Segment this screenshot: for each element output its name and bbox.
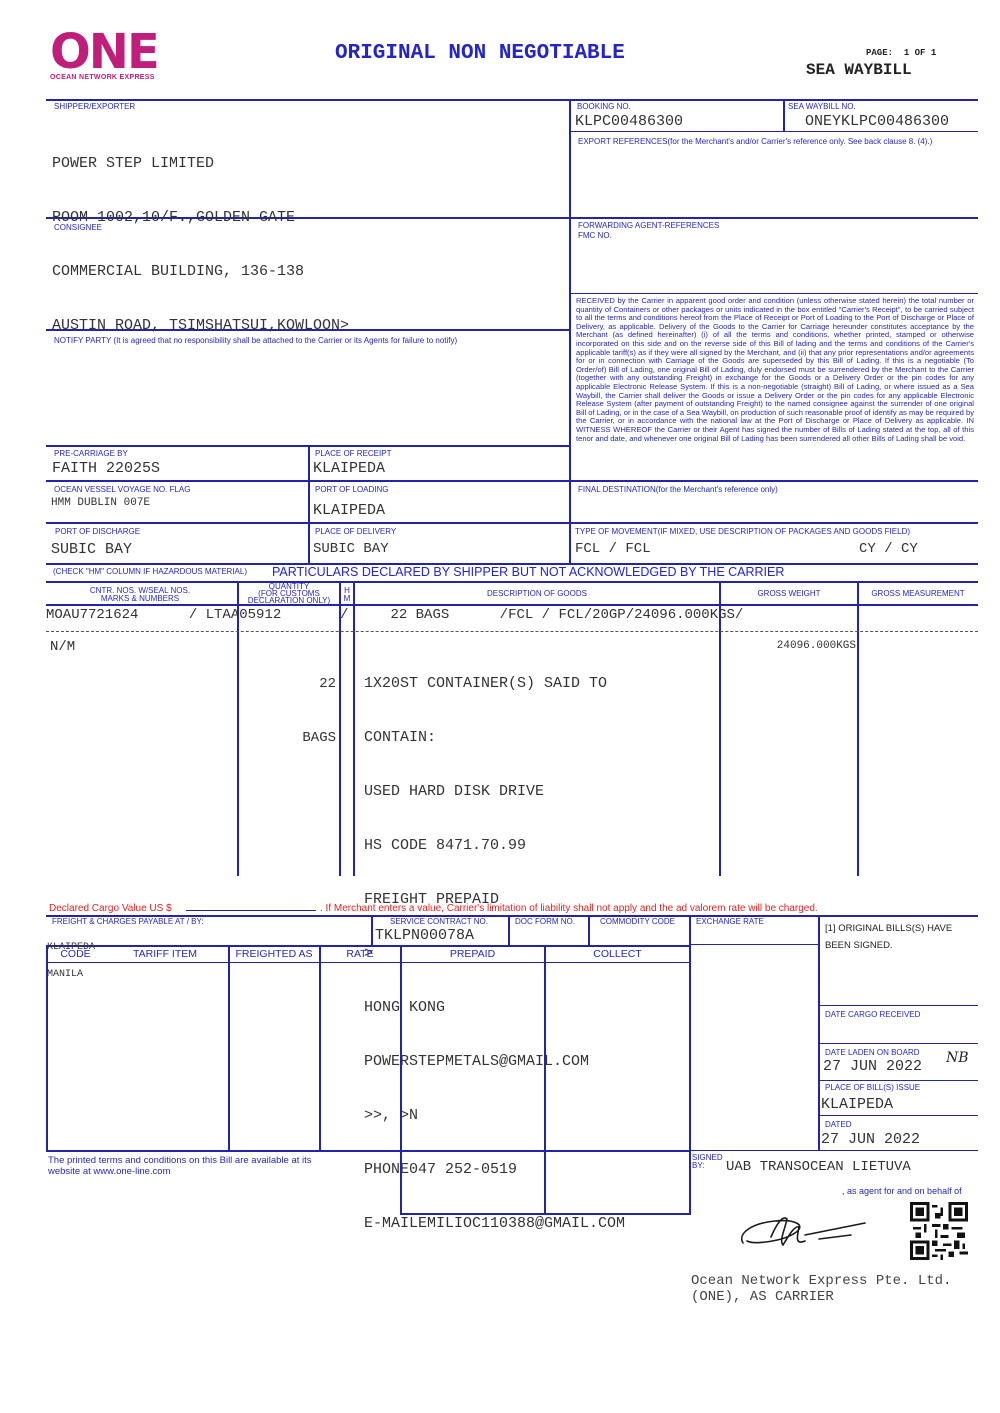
hm-header: HM — [341, 587, 353, 603]
quantity-value: 22 BAGS — [240, 639, 336, 765]
shipper-address: POWER STEP LIMITED ROOM 1002,10/F.,GOLDE… — [52, 119, 349, 353]
vessel-label: OCEAN VESSEL VOYAGE NO. FLAG — [54, 485, 190, 494]
declared-value-label: Declared Cargo Value US $ — [49, 903, 172, 914]
rule — [353, 582, 355, 876]
pre-carriage-value: FAITH 22025S — [52, 460, 160, 477]
agent-note: , as agent for and on behalf of — [842, 1186, 962, 1196]
col-code: CODE — [48, 948, 103, 960]
date-laden-label: DATE LADEN ON BOARD — [825, 1048, 920, 1057]
description-header: DESCRIPTION OF GOODS — [356, 590, 718, 598]
date-laden-value: 27 JUN 2022 — [823, 1058, 922, 1075]
initials-mark: NB — [946, 1050, 969, 1066]
gross-weight-header: GROSS WEIGHT — [722, 590, 856, 598]
doc-form-label: DOC FORM NO. — [515, 917, 575, 926]
description-line: HONG KONG — [364, 999, 625, 1017]
rule — [339, 582, 341, 876]
rule — [783, 99, 785, 131]
fmc-label: FMC NO. — [578, 231, 612, 240]
port-of-loading-label: PORT OF LOADING — [315, 485, 389, 494]
dated-label: DATED — [825, 1120, 852, 1129]
document-title: ORIGINAL NON NEGOTIABLE — [335, 42, 625, 65]
service-contract-value: TKLPN00078A — [375, 927, 474, 944]
rule — [588, 915, 590, 946]
rule — [46, 99, 978, 101]
description-line: USED HARD DISK DRIVE — [364, 783, 625, 801]
page-value: 1 OF 1 — [904, 48, 936, 58]
description-line: POWERSTEPMETALS@GMAIL.COM — [364, 1053, 625, 1071]
handwritten-signature — [735, 1205, 875, 1255]
description-line: CONTAIN: — [364, 729, 625, 747]
pre-carriage-label: PRE-CARRIAGE BY — [54, 449, 128, 458]
hazardous-note: (CHECK "HM" COLUMN IF HAZARDOUS MATERIAL… — [53, 567, 247, 576]
rule — [689, 915, 691, 1214]
rule — [46, 945, 691, 947]
port-of-loading-value: KLAIPEDA — [313, 502, 385, 519]
rule — [508, 915, 510, 946]
col-collect: COLLECT — [546, 948, 689, 960]
rule — [569, 99, 571, 565]
rule — [46, 581, 978, 583]
terms-website-note: The printed terms and conditions on this… — [48, 1155, 338, 1177]
gross-measurement-header: GROSS MEASUREMENT — [860, 590, 976, 598]
carrier-terms-text: RECEIVED by the Carrier in apparent good… — [576, 297, 974, 443]
description-line: E-MAILEMILIOC110388@GMAIL.COM — [364, 1215, 625, 1233]
waybill-number: ONEYKLPC00486300 — [805, 113, 949, 130]
waybill-label: SEA WAYBILL NO. — [788, 102, 856, 111]
rule — [237, 582, 239, 876]
port-of-discharge-label: PORT OF DISCHARGE — [55, 527, 140, 536]
exchange-rate-label: EXCHANGE RATE — [696, 917, 764, 926]
marks-header: CNTR. NOS. W/SEAL NOS.MARKS & NUMBERS — [60, 587, 220, 603]
rule — [46, 604, 978, 606]
page-indicator: PAGE: 1 OF 1 — [866, 48, 936, 58]
dashed-separator — [46, 631, 978, 632]
rule — [308, 445, 310, 565]
container-line: MOAU7721624 / LTAA05912 / 22 BAGS /FCL /… — [46, 607, 743, 623]
shipper-line: POWER STEP LIMITED — [52, 155, 349, 173]
rule — [46, 522, 978, 524]
movement-type-value: FCL / FCL — [575, 541, 651, 557]
dated-value: 27 JUN 2022 — [821, 1131, 920, 1148]
date-cargo-received-label: DATE CARGO RECEIVED — [825, 1010, 920, 1019]
place-of-issue-label: PLACE OF BILL(S) ISSUE — [825, 1083, 920, 1092]
rule — [857, 582, 859, 876]
booking-label: BOOKING NO. — [577, 102, 631, 111]
logo-text: ONE — [50, 32, 158, 72]
booking-number: KLPC00486300 — [575, 113, 683, 130]
header-line: M — [341, 595, 353, 603]
rule — [371, 915, 373, 946]
movement-type-label: TYPE OF MOVEMENT(IF MIXED, USE DESCRIPTI… — [575, 527, 910, 536]
description-line: >>, >N — [364, 1107, 625, 1125]
rule — [228, 945, 230, 1151]
header-line: DECLARATION ONLY) — [240, 597, 338, 604]
marks-value: N/M — [50, 639, 75, 655]
declared-value-note: . If Merchant enters a value, Carrier's … — [320, 903, 818, 914]
signed-by-value: UAB TRANSOCEAN LIETUVA — [726, 1159, 911, 1175]
header-line: MARKS & NUMBERS — [60, 595, 220, 603]
page-label: PAGE: — [866, 48, 893, 58]
shipper-line: COMMERCIAL BUILDING, 136-138 — [52, 263, 349, 281]
payable-line: MANILA — [47, 970, 95, 979]
rule — [819, 1080, 978, 1081]
place-of-delivery-value: SUBIC BAY — [313, 541, 389, 557]
consignee-label: CONSIGNEE — [54, 223, 102, 232]
originals-signed: [1] ORIGINAL BILLS(S) HAVE BEEN SIGNED. — [825, 920, 975, 954]
rule — [319, 945, 321, 1151]
forwarding-agent-label: FORWARDING AGENT-REFERENCES — [578, 221, 719, 230]
gross-weight-value: 24096.000KGS — [722, 640, 856, 652]
rule — [691, 1150, 978, 1151]
one-logo: ONE OCEAN NETWORK EXPRESS — [50, 32, 158, 81]
quantity-number: 22 — [240, 675, 336, 693]
place-of-receipt-value: KLAIPEDA — [313, 460, 385, 477]
carrier-name: Ocean Network Express Pte. Ltd. (ONE), A… — [691, 1273, 951, 1305]
document-type: SEA WAYBILL — [806, 61, 912, 79]
rule — [400, 945, 402, 1214]
col-tariff-item: TARIFF ITEM — [105, 948, 225, 960]
place-of-delivery-label: PLACE OF DELIVERY — [315, 527, 396, 536]
rule — [819, 1043, 978, 1044]
rule — [819, 1115, 978, 1116]
shipper-label: SHIPPER/EXPORTER — [54, 102, 135, 111]
place-of-issue-value: KLAIPEDA — [821, 1096, 893, 1113]
final-destination-label: FINAL DESTINATION(for the Merchant's ref… — [578, 485, 778, 494]
rule — [691, 944, 819, 945]
vessel-value: HMM DUBLIN 007E — [51, 497, 150, 509]
declared-value-input[interactable] — [186, 910, 316, 911]
rule — [819, 1005, 978, 1006]
rule — [570, 293, 978, 294]
col-prepaid: PREPAID — [402, 948, 543, 960]
port-of-discharge-value: SUBIC BAY — [51, 541, 132, 558]
export-references-label: EXPORT REFERENCES(for the Merchant's and… — [578, 137, 932, 146]
rule — [46, 1150, 691, 1152]
particulars-title: PARTICULARS DECLARED BY SHIPPER BUT NOT … — [272, 565, 784, 579]
service-type-value: CY / CY — [859, 541, 918, 557]
place-of-receipt-label: PLACE OF RECEIPT — [315, 449, 391, 458]
signed-by-label: SIGNED BY: — [692, 1154, 712, 1170]
logo-subtitle: OCEAN NETWORK EXPRESS — [50, 74, 158, 81]
quantity-unit: BAGS — [240, 729, 336, 747]
rule — [719, 582, 721, 876]
description-line: HS CODE 8471.70.99 — [364, 837, 625, 855]
description-line: 1X20ST CONTAINER(S) SAID TO — [364, 675, 625, 693]
shipper-line: AUSTIN ROAD, TSIMSHATSUI,KOWLOON> — [52, 317, 349, 335]
col-freighted-as: FREIGHTED AS — [230, 948, 318, 960]
commodity-code-label: COMMODITY CODE — [600, 917, 675, 926]
rule — [46, 962, 691, 963]
col-rate: RATE — [321, 948, 399, 960]
qr-code-icon — [910, 1202, 968, 1260]
description-line: PHONE047 252-0519 — [364, 1161, 625, 1179]
rule — [570, 131, 978, 132]
rule — [544, 945, 546, 1214]
rule — [46, 480, 978, 482]
notify-party-label: NOTIFY PARTY (It is agreed that no respo… — [54, 336, 457, 345]
quantity-header: QUANTITY(FOR CUSTOMSDECLARATION ONLY) — [240, 583, 338, 604]
service-contract-label: SERVICE CONTRACT NO. — [390, 917, 488, 926]
